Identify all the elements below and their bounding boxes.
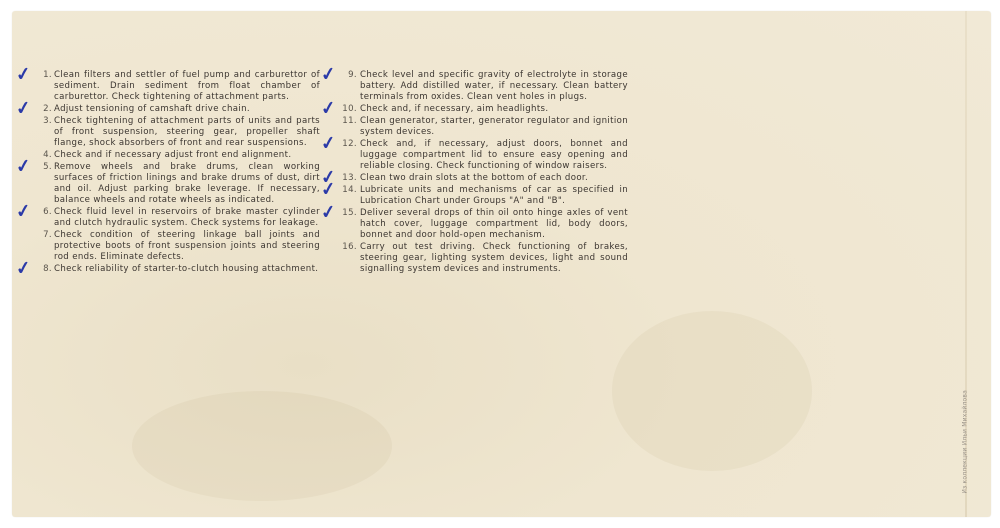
checklist-item: ✓6.Check fluid level in reservoirs of br… bbox=[36, 207, 320, 229]
check-mark-icon: ✓ bbox=[15, 259, 33, 279]
checklist-item: 11.Clean generator, starter, generator r… bbox=[338, 116, 628, 138]
item-number: 13. bbox=[338, 173, 357, 184]
checklist-item: ✓9.Check level and specific gravity of e… bbox=[338, 70, 628, 103]
checklist-left-column: ✓1.Clean filters and settler of fuel pum… bbox=[36, 70, 320, 276]
item-text: Check fluid level in reservoirs of brake… bbox=[54, 207, 320, 228]
item-number: 10. bbox=[338, 104, 357, 115]
item-number: 15. bbox=[338, 208, 357, 219]
check-mark-icon: ✓ bbox=[320, 134, 338, 154]
checklist-item: ✓10.Check and, if necessary, aim headlig… bbox=[338, 104, 628, 115]
checklist-item: ✓2.Adjust tensioning of camshaft drive c… bbox=[36, 104, 320, 115]
checklist-item: ✓8.Check reliability of starter-to-clutc… bbox=[36, 264, 320, 275]
check-mark-icon: ✓ bbox=[320, 99, 338, 119]
item-number: 6. bbox=[36, 207, 52, 218]
item-text: Check and, if necessary, aim headlights. bbox=[360, 104, 548, 114]
item-text: Deliver several drops of thin oil onto h… bbox=[360, 208, 628, 240]
check-mark-icon: ✓ bbox=[320, 65, 338, 85]
checklist-item: ✓5.Remove wheels and brake drums, clean … bbox=[36, 162, 320, 206]
check-mark-icon: ✓ bbox=[15, 202, 33, 222]
check-mark-icon: ✓ bbox=[320, 180, 338, 200]
item-number: 7. bbox=[36, 230, 52, 241]
item-text: Remove wheels and brake drums, clean wor… bbox=[54, 162, 320, 205]
item-text: Check level and specific gravity of elec… bbox=[360, 70, 628, 102]
item-number: 14. bbox=[338, 185, 357, 196]
item-number: 11. bbox=[338, 116, 357, 127]
item-text: Check and if necessary adjust front end … bbox=[54, 150, 291, 160]
checklist-item: ✓1.Clean filters and settler of fuel pum… bbox=[36, 70, 320, 103]
checklist-item: ✓15.Deliver several drops of thin oil on… bbox=[338, 208, 628, 241]
item-number: 3. bbox=[36, 116, 52, 127]
item-number: 12. bbox=[338, 139, 357, 150]
item-number: 8. bbox=[36, 264, 52, 275]
item-text: Clean generator, starter, generator regu… bbox=[360, 116, 628, 137]
checklist-item: 3.Check tightening of attachment parts o… bbox=[36, 116, 320, 149]
item-text: Check and, if necessary, adjust doors, b… bbox=[360, 139, 628, 171]
checklist-item: 16.Carry out test driving. Check functio… bbox=[338, 242, 628, 275]
item-text: Lubricate units and mechanisms of car as… bbox=[360, 185, 628, 206]
paper-stain bbox=[132, 391, 392, 501]
item-number: 4. bbox=[36, 150, 52, 161]
check-mark-icon: ✓ bbox=[15, 157, 33, 177]
item-number: 1. bbox=[36, 70, 52, 81]
item-text: Check reliability of starter-to-clutch h… bbox=[54, 264, 318, 274]
check-mark-icon: ✓ bbox=[15, 99, 33, 119]
paper-stain bbox=[612, 311, 812, 471]
checklist-item: 4.Check and if necessary adjust front en… bbox=[36, 150, 320, 161]
item-text: Carry out test driving. Check functionin… bbox=[360, 242, 628, 274]
item-text: Check tightening of attachment parts of … bbox=[54, 116, 320, 148]
item-number: 5. bbox=[36, 162, 52, 173]
item-text: Check condition of steering linkage ball… bbox=[54, 230, 320, 262]
item-number: 9. bbox=[338, 70, 357, 81]
checklist-item: ✓13.Clean two drain slots at the bottom … bbox=[338, 173, 628, 184]
item-text: Clean filters and settler of fuel pump a… bbox=[54, 70, 320, 102]
item-number: 16. bbox=[338, 242, 357, 253]
checklist-item: 7.Check condition of steering linkage ba… bbox=[36, 230, 320, 263]
item-text: Clean two drain slots at the bottom of e… bbox=[360, 173, 588, 183]
item-text: Adjust tensioning of camshaft drive chai… bbox=[54, 104, 250, 114]
checklist-item: ✓14.Lubricate units and mechanisms of ca… bbox=[338, 185, 628, 207]
checklist-item: ✓12.Check and, if necessary, adjust door… bbox=[338, 139, 628, 172]
item-number: 2. bbox=[36, 104, 52, 115]
check-mark-icon: ✓ bbox=[320, 203, 338, 223]
checklist-right-column: ✓9.Check level and specific gravity of e… bbox=[338, 70, 628, 276]
collection-watermark: Из коллекции Ильи Михайлова bbox=[962, 390, 969, 494]
check-mark-icon: ✓ bbox=[15, 65, 33, 85]
